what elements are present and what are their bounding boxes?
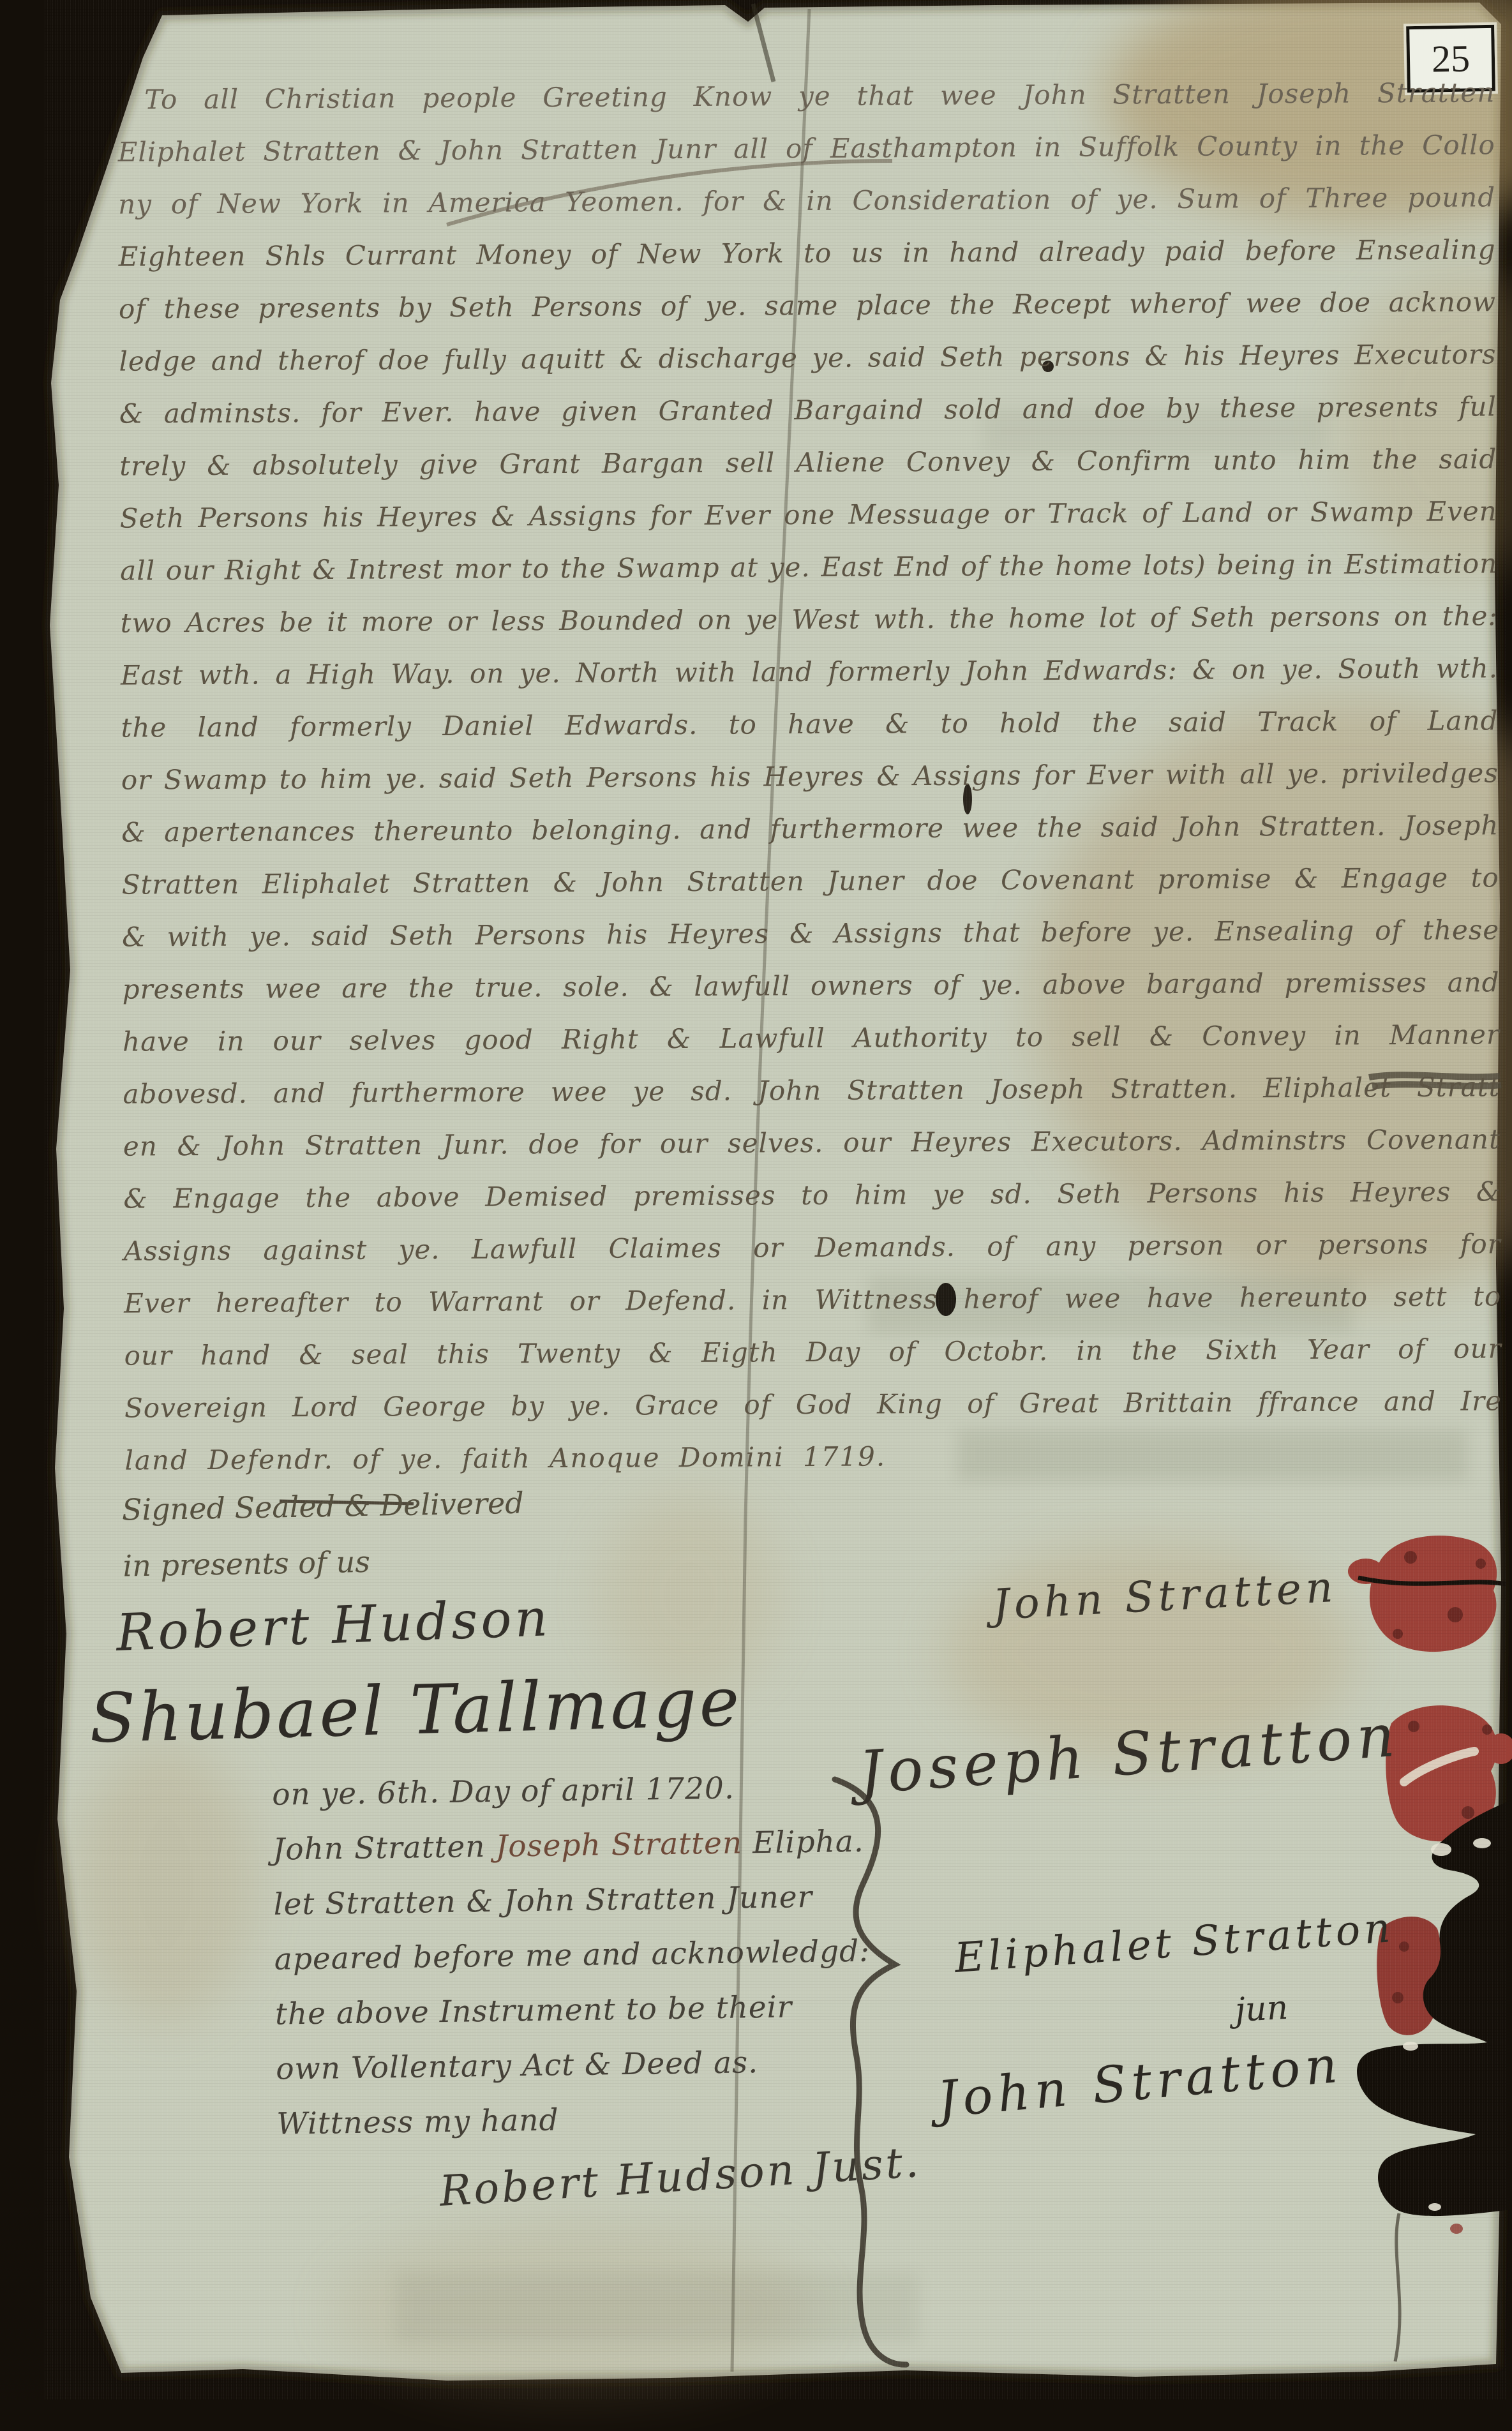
- deed-line: the land formerly Daniel Edwards. to hav…: [121, 705, 1498, 764]
- deed-line: Ever hereafter to Warrant or Defend. in …: [124, 1280, 1501, 1340]
- acknowledgment: on ye. 6th. Day of april 1720. John Stra…: [272, 1769, 890, 2161]
- deed-line: ledge and therof doe fully aquitt & disc…: [119, 338, 1496, 398]
- wax-fleck: [1450, 2224, 1463, 2234]
- ack-text: Elipha.: [742, 1824, 864, 1861]
- deed-line: Eliphalet Stratten & John Stratten Junr …: [118, 129, 1495, 188]
- deed-line: East wth. a High Way. on ye. North with …: [121, 652, 1498, 712]
- deed-line: & adminsts. for Ever. have given Granted…: [119, 391, 1497, 450]
- deed-line: trely & absolutely give Grant Bargan sel…: [119, 443, 1497, 502]
- deed-body: To all Christian people Greeting Know ye…: [117, 77, 1502, 1497]
- ack-line: on ye. 6th. Day of april 1720.: [272, 1769, 885, 1832]
- ack-text: John Stratten: [273, 1829, 496, 1867]
- page-number: 25: [1431, 36, 1470, 81]
- deed-line: land Defendr. of ye. faith Anoque Domini…: [124, 1437, 1502, 1497]
- deed-line: Stratten Eliphalet Stratten & John Strat…: [122, 862, 1499, 921]
- deed-line: presents wee are the true. sole. & lawfu…: [123, 966, 1500, 1026]
- ack-line: apeared before me and acknowledgd:: [274, 1933, 887, 1996]
- ack-line: John Stratten Joseph Stratten Elipha.: [273, 1823, 886, 1887]
- attestation: Signed Sealed & Delivered in presents of…: [122, 1484, 609, 1604]
- deed-line: have in our selves good Right & Lawfull …: [123, 1019, 1500, 1078]
- deed-line: our hand & seal this Twenty & Eigth Day …: [124, 1333, 1502, 1392]
- deed-line: Assigns against ye. Lawfull Claimes or D…: [124, 1228, 1501, 1287]
- deed-line: two Acres be it more or less Bounded on …: [121, 600, 1498, 659]
- deed-line: en & John Stratten Junr. doe for our sel…: [123, 1123, 1501, 1183]
- attestation-line: Signed Sealed & Delivered: [122, 1484, 608, 1548]
- deed-line: To all Christian people Greeting Know ye…: [117, 77, 1495, 136]
- deed-line: abovesd. and furthermore wee ye sd. John…: [123, 1071, 1500, 1130]
- ack-line: let Stratten & John Stratten Juner: [273, 1878, 887, 1941]
- ack-line: the above Instrument to be their: [275, 1988, 888, 2051]
- deed-line: Eighteen Shls Currant Money of New York …: [119, 234, 1496, 293]
- deed-line: & with ye. said Seth Persons his Heyres …: [122, 914, 1499, 973]
- deed-line: of these presents by Seth Persons of ye.…: [119, 286, 1496, 345]
- deed-line: all our Right & Intrest mor to the Swamp…: [120, 548, 1497, 607]
- deed-line: ny of New York in America Yeomen. for & …: [118, 181, 1495, 241]
- deed-line: or Swamp to him ye. said Seth Persons hi…: [121, 757, 1499, 816]
- deed-line: & Engage the above Demised premisses to …: [123, 1176, 1501, 1235]
- ack-text-red: Joseph Stratten: [495, 1825, 743, 1864]
- scanned-deed-page: 25 To all Christian people Greeting Know…: [0, 0, 1512, 2431]
- deed-line: Sovereign Lord George by ye. Grace of Go…: [124, 1385, 1502, 1444]
- deed-line: & apertenances thereunto belonging. and …: [121, 809, 1499, 869]
- ack-line: own Vollentary Act & Deed as.: [276, 2043, 889, 2106]
- grantor-signature-suffix-jun: jun: [1234, 1989, 1289, 2030]
- deed-line: Seth Persons his Heyres & Assigns for Ev…: [120, 495, 1497, 555]
